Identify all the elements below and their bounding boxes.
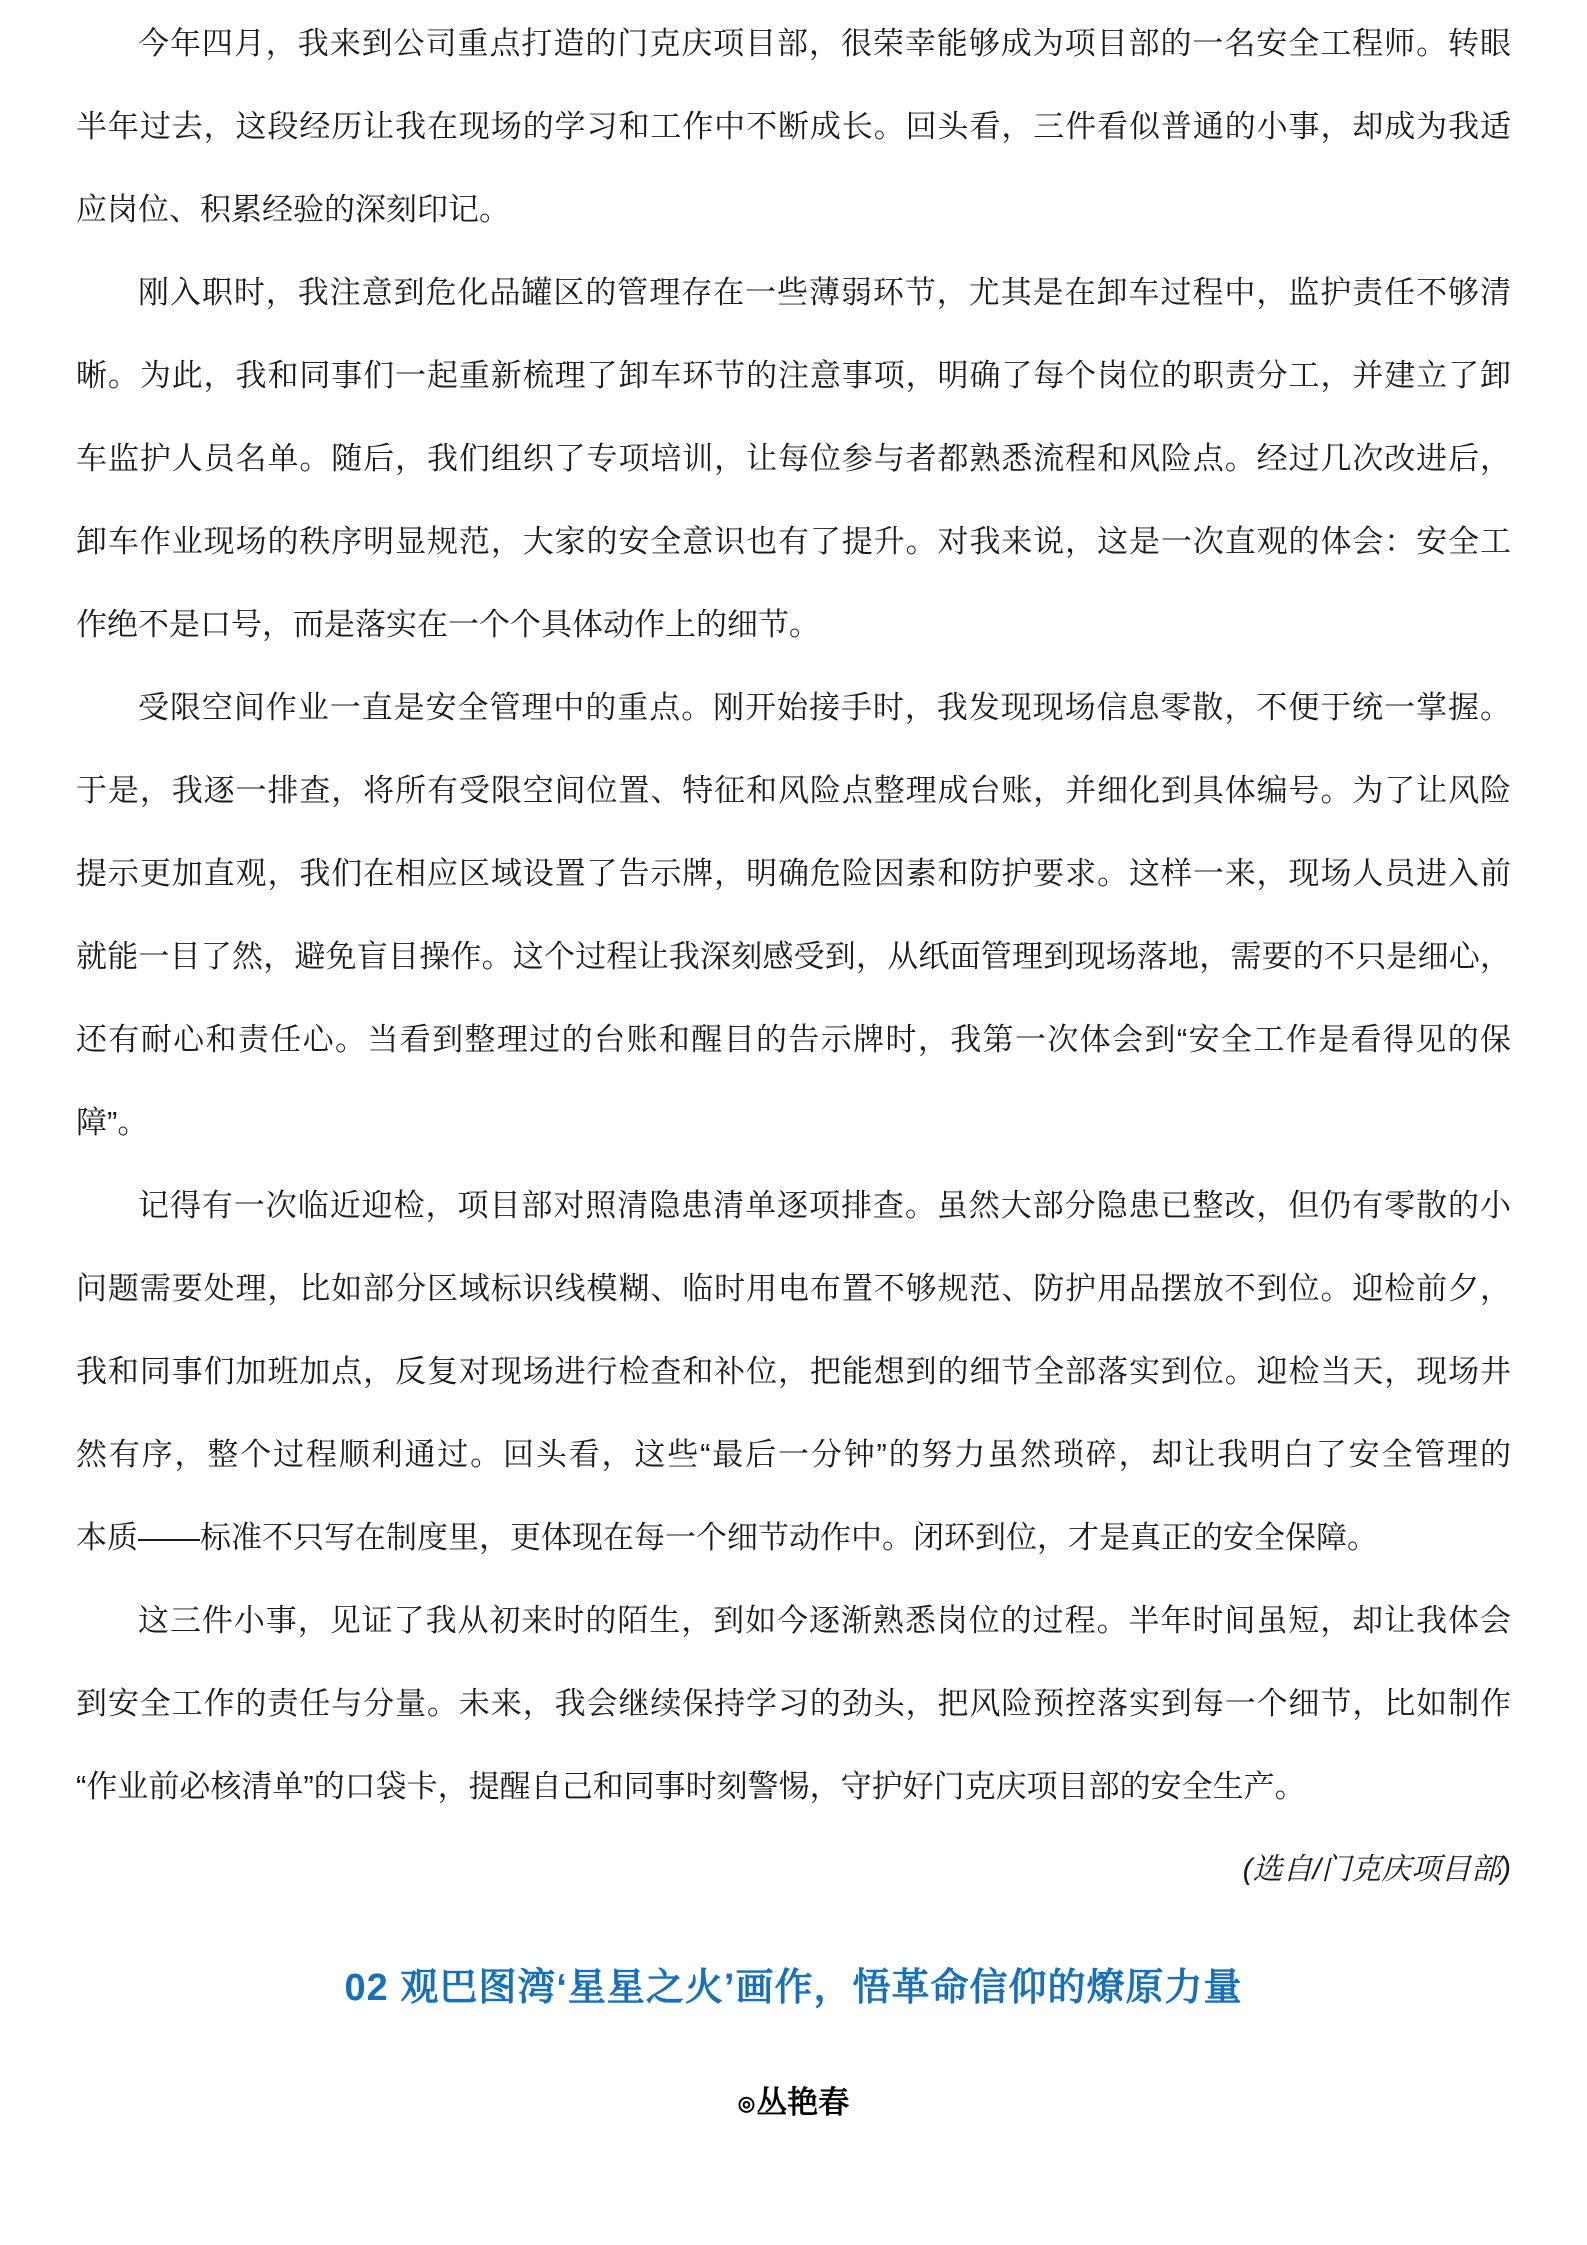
- text-line: 然有序，整个过程顺利通过。回头看，这些“最后一分钟”的努力虽然琐碎，却让我明白了…: [76, 1413, 1511, 1496]
- article-body: 今年四月，我来到公司重点打造的门克庆项目部，很荣幸能够成为项目部的一名安全工程师…: [76, 2, 1511, 1828]
- text-line: 还有耐心和责任心。当看到整理过的台账和醒目的告示牌时，我第一次体会到“安全工作是…: [76, 998, 1511, 1081]
- text-line: 这三件小事，见证了我从初来时的陌生，到如今逐渐熟悉岗位的过程。半年时间虽短，却让…: [76, 1579, 1511, 1662]
- text-line: 于是，我逐一排查，将所有受限空间位置、特征和风险点整理成台账，并细化到具体编号。…: [76, 749, 1511, 832]
- text-line: 到安全工作的责任与分量。未来，我会继续保持学习的劲头，把风险预控落实到每一个细节…: [76, 1662, 1511, 1745]
- text-line: 半年过去，这段经历让我在现场的学习和工作中不断成长。回头看，三件看似普通的小事，…: [76, 85, 1511, 168]
- text-line: 刚入职时，我注意到危化品罐区的管理存在一些薄弱环节，尤其是在卸车过程中，监护责任…: [76, 251, 1511, 334]
- author-marker-icon: ◎: [738, 2093, 755, 2115]
- attribution-line: (选自/门克庆项目部): [76, 1828, 1511, 1911]
- text-line: 晰。为此，我和同事们一起重新梳理了卸车环节的注意事项，明确了每个岗位的职责分工，…: [76, 334, 1511, 417]
- text-line: “作业前必核清单”的口袋卡，提醒自己和同事时刻警惕，守护好门克庆项目部的安全生产…: [76, 1745, 1511, 1828]
- page: 今年四月，我来到公司重点打造的门克庆项目部，很荣幸能够成为项目部的一名安全工程师…: [0, 0, 1587, 2245]
- text-line: 卸车作业现场的秩序明显规范，大家的安全意识也有了提升。对我来说，这是一次直观的体…: [76, 500, 1511, 583]
- text-line: 障”。: [76, 1081, 1511, 1164]
- text-line: 我和同事们加班加点，反复对现场进行检查和补位，把能想到的细节全部落实到位。迎检当…: [76, 1330, 1511, 1413]
- text-line: 就能一目了然，避免盲目操作。这个过程让我深刻感受到，从纸面管理到现场落地，需要的…: [76, 915, 1511, 998]
- text-line: 受限空间作业一直是安全管理中的重点。刚开始接手时，我发现现场信息零散，不便于统一…: [76, 666, 1511, 749]
- text-line: 本质——标准不只写在制度里，更体现在每一个细节动作中。闭环到位，才是真正的安全保…: [76, 1496, 1511, 1579]
- author-byline: ◎丛艳春: [76, 2083, 1511, 2124]
- text-line: 提示更加直观，我们在相应区域设置了告示牌，明确危险因素和防护要求。这样一来，现场…: [76, 832, 1511, 915]
- text-line: 应岗位、积累经验的深刻印记。: [76, 168, 1511, 251]
- text-line: 作绝不是口号，而是落实在一个个具体动作上的细节。: [76, 583, 1511, 666]
- section-heading: 02 观巴图湾‘星星之火’画作，悟革命信仰的燎原力量: [76, 1957, 1511, 2019]
- document-page: { "article": { "text_color": "#1a1a1a", …: [0, 0, 1587, 2245]
- text-line: 问题需要处理，比如部分区域标识线模糊、临时用电布置不够规范、防护用品摆放不到位。…: [76, 1247, 1511, 1330]
- text-line: 今年四月，我来到公司重点打造的门克庆项目部，很荣幸能够成为项目部的一名安全工程师…: [76, 2, 1511, 85]
- author-name: 丛艳春: [756, 2085, 849, 2120]
- text-line: 记得有一次临近迎检，项目部对照清隐患清单逐项排查。虽然大部分隐患已整改，但仍有零…: [76, 1164, 1511, 1247]
- text-line: 车监护人员名单。随后，我们组织了专项培训，让每位参与者都熟悉流程和风险点。经过几…: [76, 417, 1511, 500]
